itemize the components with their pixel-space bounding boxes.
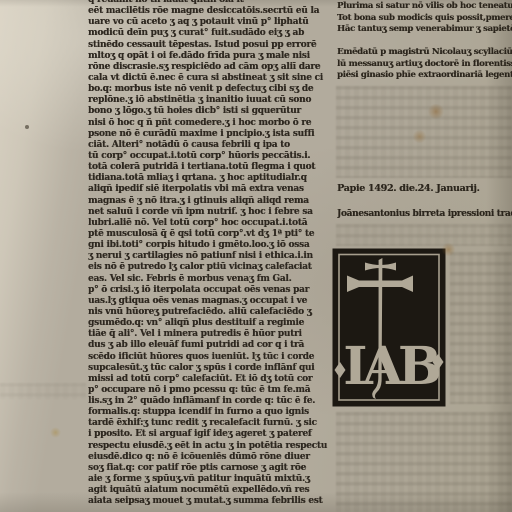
text-line: p° occupare nō i pmo pcessu q: tūc ē tm … — [88, 385, 334, 396]
text-line: psone nō ē curādū maxime i pncipio.ʒ ist… — [88, 129, 334, 140]
text-line: replōne.ʒ iō abstinētia ʒ inanitio iuuat… — [88, 95, 334, 106]
left-text-column: q̈ reuanīt nō tn̄ lauāt q̄ntin oīa īteēt… — [88, 0, 334, 507]
text-line: scēdo ificiūt hūores quos iueniūt. lʒ tū… — [88, 352, 334, 363]
text-line: nisi ō hoc q ñ pñt comedere.ʒ i hoc morb… — [88, 118, 334, 129]
text-line: magnas ē ʒ nō itra.ʒ i gtinuis aliqñ ali… — [88, 196, 334, 207]
text-line: gni ibi.toti° corpis hitudo i gmēto.loo.… — [88, 240, 334, 251]
printer-credit-line: Joānesantonius birreta ipressioni tradid… — [337, 208, 512, 221]
text-line: eēt macilētis rōe magne desiccatōis.secr… — [88, 6, 334, 17]
text-line: lū messanuʒ artiuʒ doctorē in florentiss… — [337, 59, 512, 71]
text-line: i pposito. Et si arguaf igif ideʒ ageret… — [88, 429, 334, 440]
text-line: lubri.aliē nō. Vel totū corp° hoc occupa… — [88, 218, 334, 229]
text-line: bo.q: morbus iste nō venit p defectuʒ ci… — [88, 84, 334, 95]
text-line: eiusdē.dico q: nō ē icōueniēs dūmō rōne … — [88, 452, 334, 463]
text-line: agit iquātū aiatum nocumētū expellēdo.vñ… — [88, 485, 334, 496]
showthrough-block-margin — [0, 383, 86, 399]
text-line: Hāc tantuʒ semp venerabimur ʒ sapietē. — [337, 24, 512, 36]
text-line: Emēdatū p magistrū Nicolauʒ scyllaciū si… — [337, 47, 512, 59]
showthrough-block-above-device — [336, 224, 512, 246]
printer-device-svg: IAB — [332, 248, 446, 407]
text-line: cala vt dictū ē.nec ē cura si abstineat … — [88, 73, 334, 84]
ink-speck — [25, 125, 29, 129]
text-line: net saluū i corde vñ ipm nutrif. ʒ hoc i… — [88, 207, 334, 218]
foxing-stain — [412, 130, 427, 143]
text-line: uare vo cū aceto ʒ aq ʒ potauit vinū p° … — [88, 17, 334, 28]
page-photo: q̈ reuanīt nō tn̄ lauāt q̄ntin oīa īteēt… — [0, 0, 512, 512]
text-line: piēsi ginasio phīe extraordinariā legent… — [337, 70, 512, 82]
text-line: totā colerā putridā i tertiana.totū fleg… — [88, 162, 334, 173]
text-line: ʒ nerui ʒ cartilagies nō patiunf nisi i … — [88, 251, 334, 262]
text-line: Plurima si satur nō vilis ob hoc teneatu… — [337, 1, 512, 13]
showthrough-block-upper — [336, 86, 512, 178]
text-line: formalis.q: stuppa icendif in furno a qu… — [88, 407, 334, 418]
text-line: eas. Vel sic. Febris ē morbus venaʒ fm G… — [88, 274, 334, 285]
printer-device: IAB — [332, 248, 446, 407]
text-line: rōne discrasie.sʒ respiciēdo ad cām opʒ … — [88, 62, 334, 73]
text-line: soʒ fiat.q: cor patif rōe ptis carnose ʒ… — [88, 463, 334, 474]
text-line: tū corp° occupat.i.totū corp° hūoris pec… — [88, 151, 334, 162]
foxing-stain — [427, 104, 445, 119]
text-line: stinēdo cessauit tēpestas. Istud posui p… — [88, 40, 334, 51]
text-line: aliqñ ipedif siē iterpolatis vbi mā extr… — [88, 184, 334, 195]
verse-lines: Plurima si satur nō vilis ob hoc teneatu… — [337, 1, 512, 36]
showthrough-block-right-of-device — [450, 252, 512, 404]
text-line: tardē ēxhif:ʒ tunc redit ʒ recalefacit f… — [88, 418, 334, 429]
text-line: ciāt. Alteri° notādū ō causa febrili q i… — [88, 140, 334, 151]
text-line: eis nō ē putredo lʒ calor ptiū vicinaʒ c… — [88, 262, 334, 273]
text-line: modicū deīn puʒ ʒ curat° fuit.sudādo eiʒ… — [88, 28, 334, 39]
text-line: uas.lʒ gtiqua oēs venas magnas.ʒ occupat… — [88, 296, 334, 307]
colophon: Emēdatū p magistrū Nicolauʒ scyllaciū si… — [337, 47, 512, 82]
text-line: tiāe q̄ ali°. Vel i minera putredis ē hū… — [88, 329, 334, 340]
text-line: gsumēdo.q: vn° aliqñ plus destituif a re… — [88, 318, 334, 329]
text-line: ptē musculosā q̄ ē qsi totū corp°.vt dʒ … — [88, 229, 334, 240]
text-line: respectu eiusdē.ʒ eēt in actu ʒ in potēt… — [88, 441, 334, 452]
text-line: dus ʒ ab illo eleuāf fumi putridi ad cor… — [88, 340, 334, 351]
text-line: lis.sʒ in 2° quādo inflāmanf in corde q:… — [88, 396, 334, 407]
text-line: supcalesūt.ʒ tūc calor ʒ spūs i corde in… — [88, 363, 334, 374]
text-line: tidiana.totā mliaʒ i qrtana. ʒ hoc aptit… — [88, 173, 334, 184]
monogram-iab: IAB — [343, 336, 440, 397]
text-line: Tot bona sub modicis quis possit,pmere d… — [337, 13, 512, 25]
text-line: bono ʒ lōgo.ʒ tū hoies dicb° isti si gqu… — [88, 106, 334, 117]
text-line: aiata seipsaʒ mouet ʒ mutat.ʒ summa febr… — [88, 496, 334, 507]
text-line: p° ō crisi.ʒ iō iterpolata occupat oēs v… — [88, 285, 334, 296]
foxing-stain — [50, 427, 61, 438]
text-line: aie ʒ forme ʒ spūuʒ.vñ patitur inquātū m… — [88, 474, 334, 485]
place-date-line: Papie 1492. die.24. Januarij. — [337, 182, 512, 196]
text-line: missi ad totū corp° calefaciūt. Et iō dʒ… — [88, 374, 334, 385]
text-line: mltoʒ q opāt i oi fe.dādo frīda pura ʒ m… — [88, 51, 334, 62]
text-line: nis vnū hūoreʒ putrefaciēdo. aliū calefa… — [88, 307, 334, 318]
showthrough-block-lower — [336, 412, 512, 512]
